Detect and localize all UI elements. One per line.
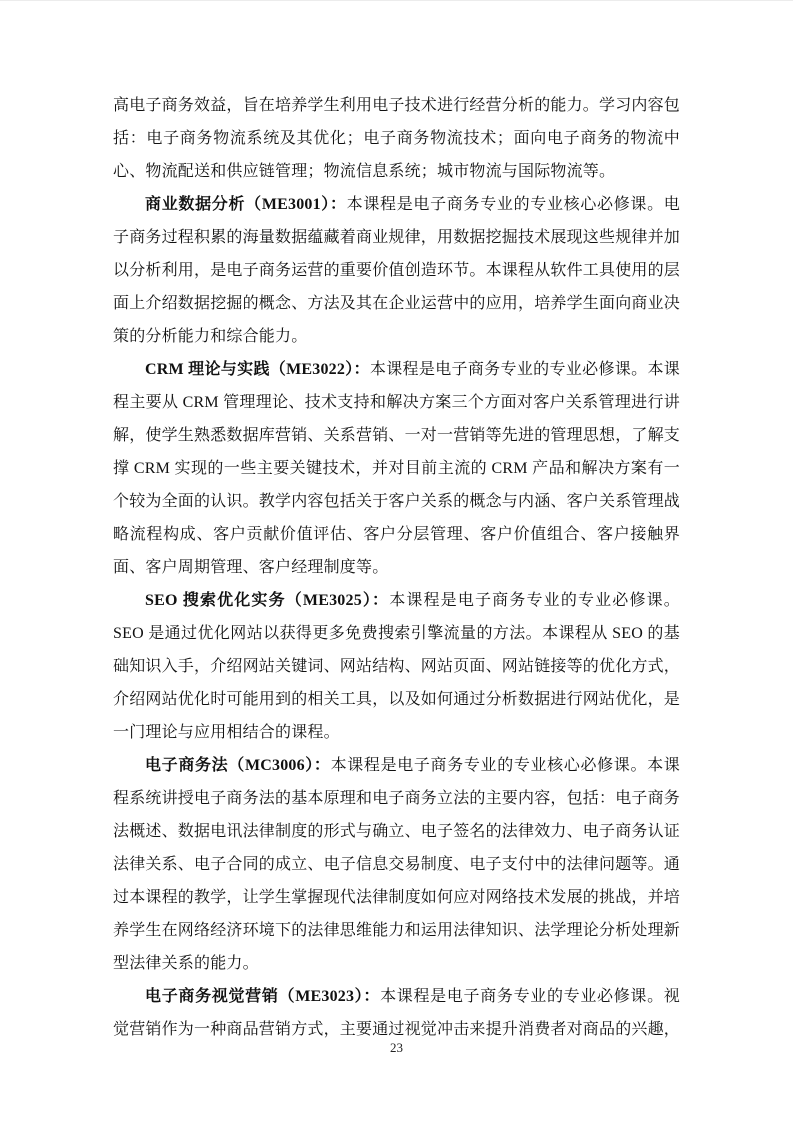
document-page: 高电子商务效益，旨在培养学生利用电子技术进行经营分析的能力。学习内容包括：电子商… [0,0,793,1122]
paragraph-business-data-analysis: 商业数据分析（ME3001）：本课程是电子商务专业的专业核心必修课。电子商务过程… [113,188,680,353]
course-description: 本课程是电子商务专业的专业核心必修课。电子商务过程积累的海量数据蕴藏着商业规律，… [113,196,680,345]
course-title: 电子商务视觉营销（ME3023）： [145,988,380,1005]
paragraph-logistics-continuation: 高电子商务效益，旨在培养学生利用电子技术进行经营分析的能力。学习内容包括：电子商… [113,89,680,188]
paragraph-ecommerce-law: 电子商务法（MC3006）：本课程是电子商务专业的专业核心必修课。本课程系统讲授… [113,749,680,980]
page-body-text: 高电子商务效益，旨在培养学生利用电子技术进行经营分析的能力。学习内容包括：电子商… [113,89,680,1046]
course-title: 商业数据分析（ME3001）： [145,196,347,213]
page-footer: 23 [0,1039,793,1057]
course-description: 本课程是电子商务专业的专业必修课。本课程主要从 CRM 管理理论、技术支持和解决… [113,361,680,576]
course-title: SEO 搜索优化实务（ME3025）： [145,592,389,609]
paragraph-crm-theory-practice: CRM 理论与实践（ME3022）：本课程是电子商务专业的专业必修课。本课程主要… [113,353,680,584]
course-title: 电子商务法（MC3006）： [145,757,331,774]
course-description: 本课程是电子商务专业的专业核心必修课。本课程系统讲授电子商务法的基本原理和电子商… [113,757,680,972]
course-title: CRM 理论与实践（ME3022）： [145,361,370,378]
paragraph-seo-practice: SEO 搜索优化实务（ME3025）：本课程是电子商务专业的专业必修课。SEO … [113,584,680,749]
page-number: 23 [390,1040,403,1055]
course-description: 本课程是电子商务专业的专业必修课。SEO 是通过优化网站以获得更多免费搜索引擎流… [113,592,680,741]
course-description: 高电子商务效益，旨在培养学生利用电子技术进行经营分析的能力。学习内容包括：电子商… [113,97,680,180]
paragraph-visual-marketing: 电子商务视觉营销（ME3023）：本课程是电子商务专业的专业必修课。视觉营销作为… [113,980,680,1046]
